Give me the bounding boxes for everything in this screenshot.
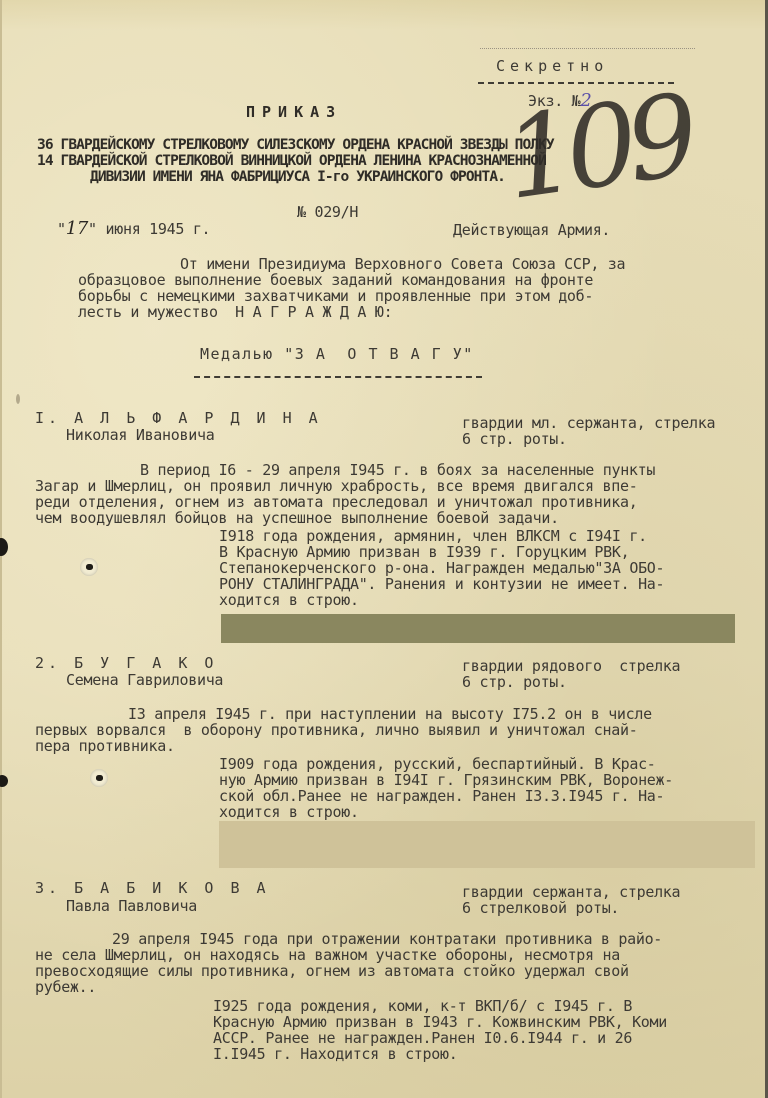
recipient-3-deed-line-3: превосходящие силы противника, огнем из … <box>35 963 629 980</box>
order-location: Действующая Армия. <box>453 222 610 239</box>
recipient-2-bio-line-4: ходится в строю. <box>219 804 359 821</box>
recipient-2-rank-line-2: 6 стр. роты. <box>462 674 567 691</box>
recipient-3-bio-line-4: I.I945 г. Находится в строю. <box>213 1046 457 1063</box>
unit-name-line-1: 36 ГВАРДЕЙСКОМУ СТРЕЛКОВОМУ СИЛЕЗСКОМУ О… <box>37 137 554 154</box>
redaction-box-2 <box>219 821 755 868</box>
recipient-1-surname: I. А Л Ь Ф А Р Д И Н А <box>35 410 322 427</box>
recipient-1-bio-line-5: ходится в строю. <box>219 592 359 609</box>
order-date: "17" июня 1945 г. <box>57 220 210 238</box>
recipient-1-rank-line-2: 6 стр. роты. <box>462 431 567 448</box>
award-title: Медалью "З А О Т В А Г У" <box>200 346 474 363</box>
recipient-1-deed-line-4: чем воодушевлял бойцов на успешное выпол… <box>35 510 559 527</box>
punch-hole-lower <box>90 769 108 787</box>
recipient-3-rank-line-2: 6 стрелковой роты. <box>462 900 619 917</box>
archival-document-page: Секретно Экз. №2 109 ПРИКАЗ 36 ГВАРДЕЙСК… <box>0 0 768 1098</box>
order-title: ПРИКАЗ <box>246 104 342 121</box>
redaction-box-1 <box>221 614 735 643</box>
recipient-2-deed-line-3: пера противника. <box>35 738 175 755</box>
faint-dotted-line <box>480 48 695 49</box>
recipient-3-surname: 3. Б А Б И К О В А <box>35 880 270 897</box>
ink-blot <box>0 775 8 787</box>
punch-hole-upper <box>80 558 98 576</box>
ink-blot <box>0 538 8 556</box>
handwritten-day: 17 <box>66 218 88 239</box>
preamble-line-4: лесть и мужество Н А Г Р А Ж Д А Ю: <box>78 304 392 321</box>
award-underline <box>194 376 482 378</box>
recipient-2-surname: 2. Б У Г А К О <box>35 655 217 672</box>
recipient-3-deed-line-4: рубеж.. <box>35 979 96 996</box>
order-number: № 029/Н <box>297 204 358 221</box>
pencil-mark <box>16 394 20 404</box>
recipient-3-name: Павла Павловича <box>66 898 197 915</box>
unit-name-line-3: ДИВИЗИИ ИМЕНИ ЯНА ФАБРИЦИУСА I-го УКРАИН… <box>90 169 505 186</box>
unit-name-line-2: 14 ГВАРДЕЙСКОЙ СТРЕЛКОВОЙ ВИННИЦКОЙ ОРДЕ… <box>37 153 546 170</box>
classification-label: Секретно <box>496 58 608 75</box>
recipient-1-name: Николая Ивановича <box>66 427 214 444</box>
recipient-2-name: Семена Гавриловича <box>66 672 223 689</box>
